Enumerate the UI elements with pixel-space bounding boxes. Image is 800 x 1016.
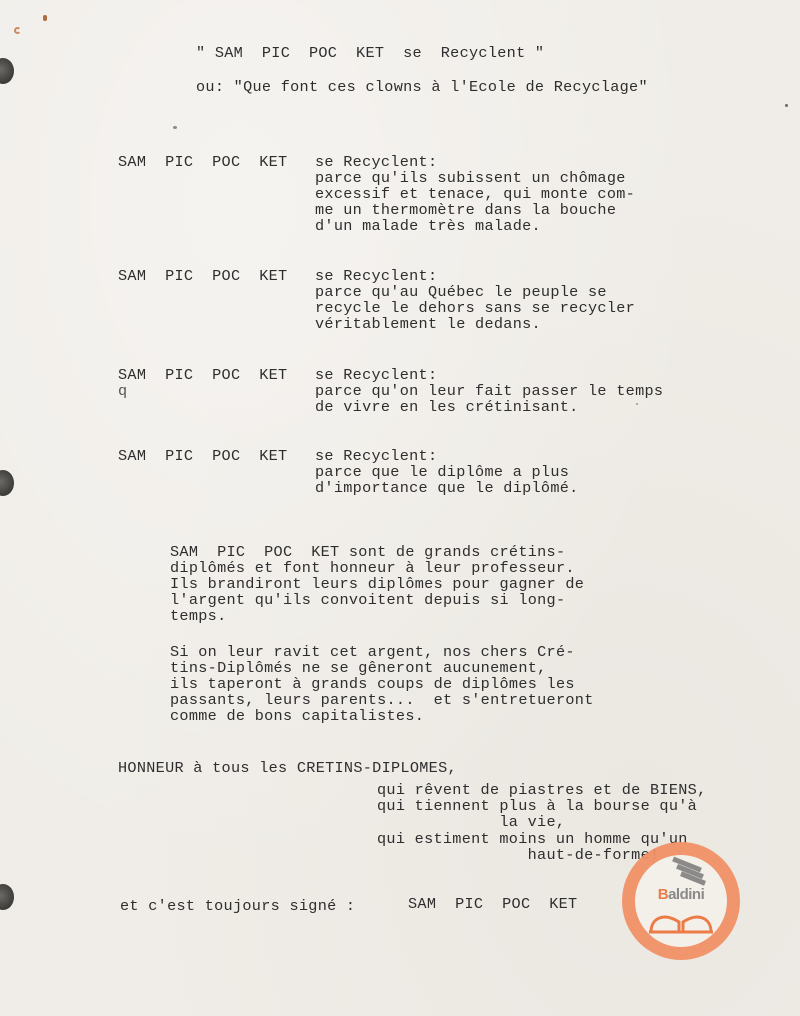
stanza-line: d'un malade très malade. <box>315 218 541 235</box>
stamp-brand-rest: aldini <box>668 886 704 903</box>
stamp-brand-text: Baldini <box>622 886 740 903</box>
punch-hole-bottom <box>0 884 14 910</box>
margin-note: q <box>118 383 127 400</box>
honneur-line: haut-de-forme! <box>377 847 659 864</box>
paragraph-line: temps. <box>170 608 226 625</box>
paragraph-line: l'argent qu'ils convoitent depuis si lon… <box>170 592 565 609</box>
signature-name: SAM PIC POC KET <box>408 896 577 913</box>
paper-stain-mark <box>43 15 47 21</box>
punch-hole-top <box>0 58 14 84</box>
paper-speck <box>785 104 788 107</box>
stacked-books-icon <box>670 860 710 886</box>
paper-speck <box>636 403 638 405</box>
punch-hole-middle <box>0 470 14 496</box>
stanza-line: véritablement le dedans. <box>315 316 541 333</box>
stanza-subject: SAM PIC POC KET <box>118 448 287 465</box>
stanza-line: de vivre en les crétinisant. <box>315 399 579 416</box>
signature-label: et c'est toujours signé : <box>120 898 355 915</box>
baldini-stamp: Baldini <box>622 842 740 960</box>
paragraph-line: comme de bons capitalistes. <box>170 708 424 725</box>
paper-speck <box>173 126 177 129</box>
stanza-subject: SAM PIC POC KET <box>118 367 287 384</box>
stanza-line: d'importance que le diplômé. <box>315 480 579 497</box>
open-book-logo-icon <box>648 908 714 934</box>
honneur-heading: HONNEUR à tous les CRETINS-DIPLOMES, <box>118 760 457 777</box>
paper-stain-mark <box>14 27 21 34</box>
document-title: " SAM PIC POC KET se Recyclent " <box>196 45 544 62</box>
document-subtitle: ou: "Que font ces clowns à l'Ecole de Re… <box>196 79 648 96</box>
stanza-subject: SAM PIC POC KET <box>118 268 287 285</box>
stamp-brand-initial: B <box>658 886 668 903</box>
stanza-subject: SAM PIC POC KET <box>118 154 287 171</box>
document-page: " SAM PIC POC KET se Recyclent " ou: "Qu… <box>0 0 800 1016</box>
honneur-line: la vie, <box>377 814 565 831</box>
